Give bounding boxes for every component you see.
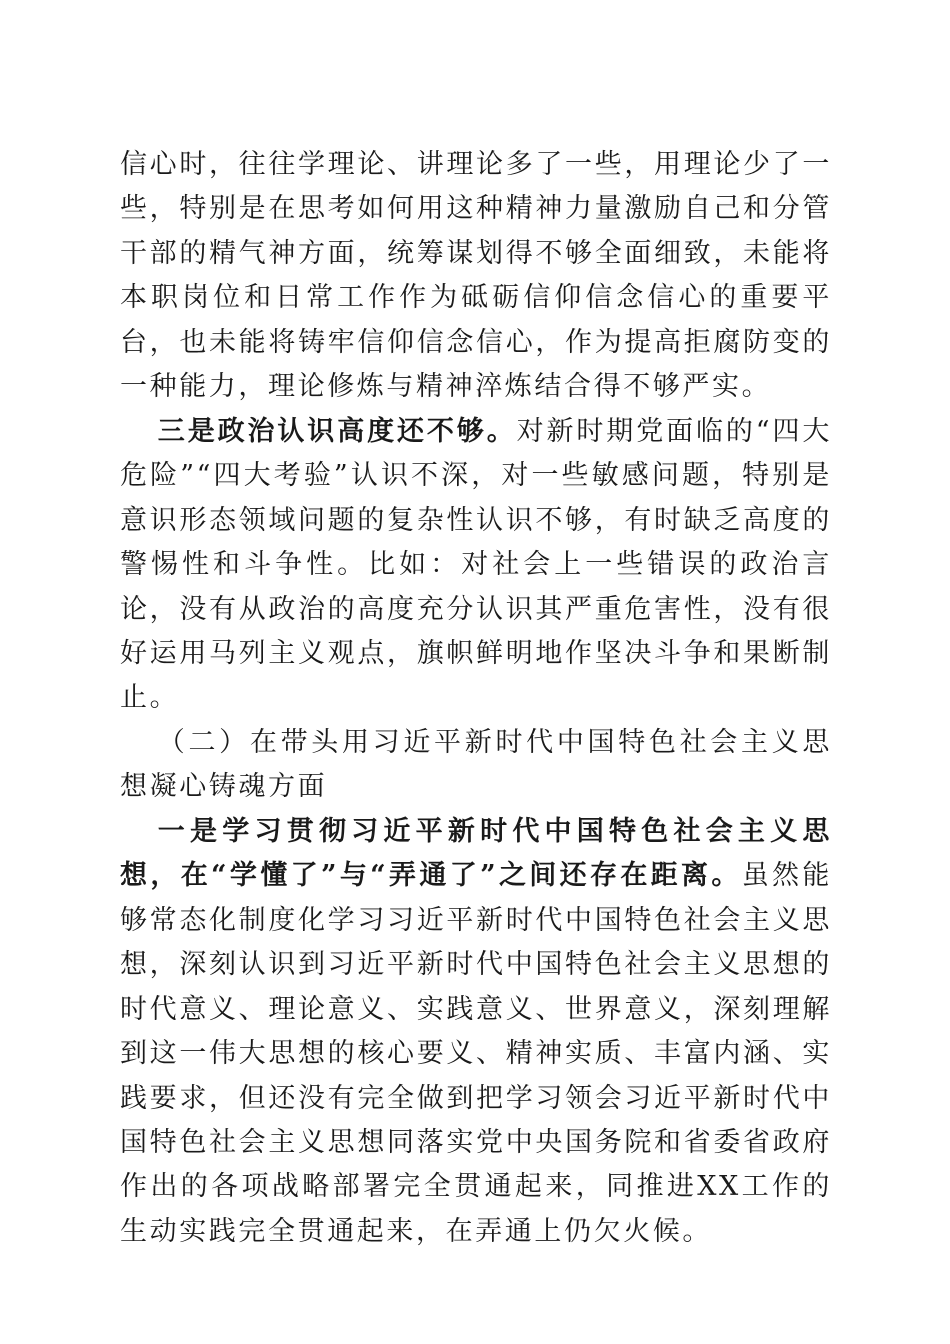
document-page: 信心时，往往学理论、讲理论多了一些，用理论少了一些，特别是在思考如何用这种精神力… [120,143,832,1254]
paragraph-text: 信心时，往往学理论、讲理论多了一些，用理论少了一些，特别是在思考如何用这种精神力… [120,149,832,402]
paragraph-text: 虽然能够常态化制度化学习习近平新时代中国特色社会主义思想，深刻认识到习近平新时代… [120,860,832,1247]
paragraph-continuation: 信心时，往往学理论、讲理论多了一些，用理论少了一些，特别是在思考如何用这种精神力… [120,143,832,410]
paragraph-text: 对新时期党面临的“四大危险”“四大考验”认识不深，对一些敏感问题，特别是意识形态… [120,416,832,714]
paragraph-point-one: 一是学习贯彻习近平新时代中国特色社会主义思想，在“学懂了”与“弄通了”之间还存在… [120,810,832,1255]
section-heading: （二）在带头用习近平新时代中国特色社会主义思想凝心铸魂方面 [120,721,832,810]
point-lead-sentence: 一是学习贯彻习近平新时代中国特色社会主义思想，在“学懂了”与“弄通了”之间还存在… [120,816,832,891]
section-heading-text: （二）在带头用习近平新时代中国特色社会主义思想凝心铸魂方面 [120,727,832,802]
point-lead-sentence: 三是政治认识高度还不够。 [158,416,517,447]
paragraph-point-three: 三是政治认识高度还不够。对新时期党面临的“四大危险”“四大考验”认识不深，对一些… [120,410,832,721]
